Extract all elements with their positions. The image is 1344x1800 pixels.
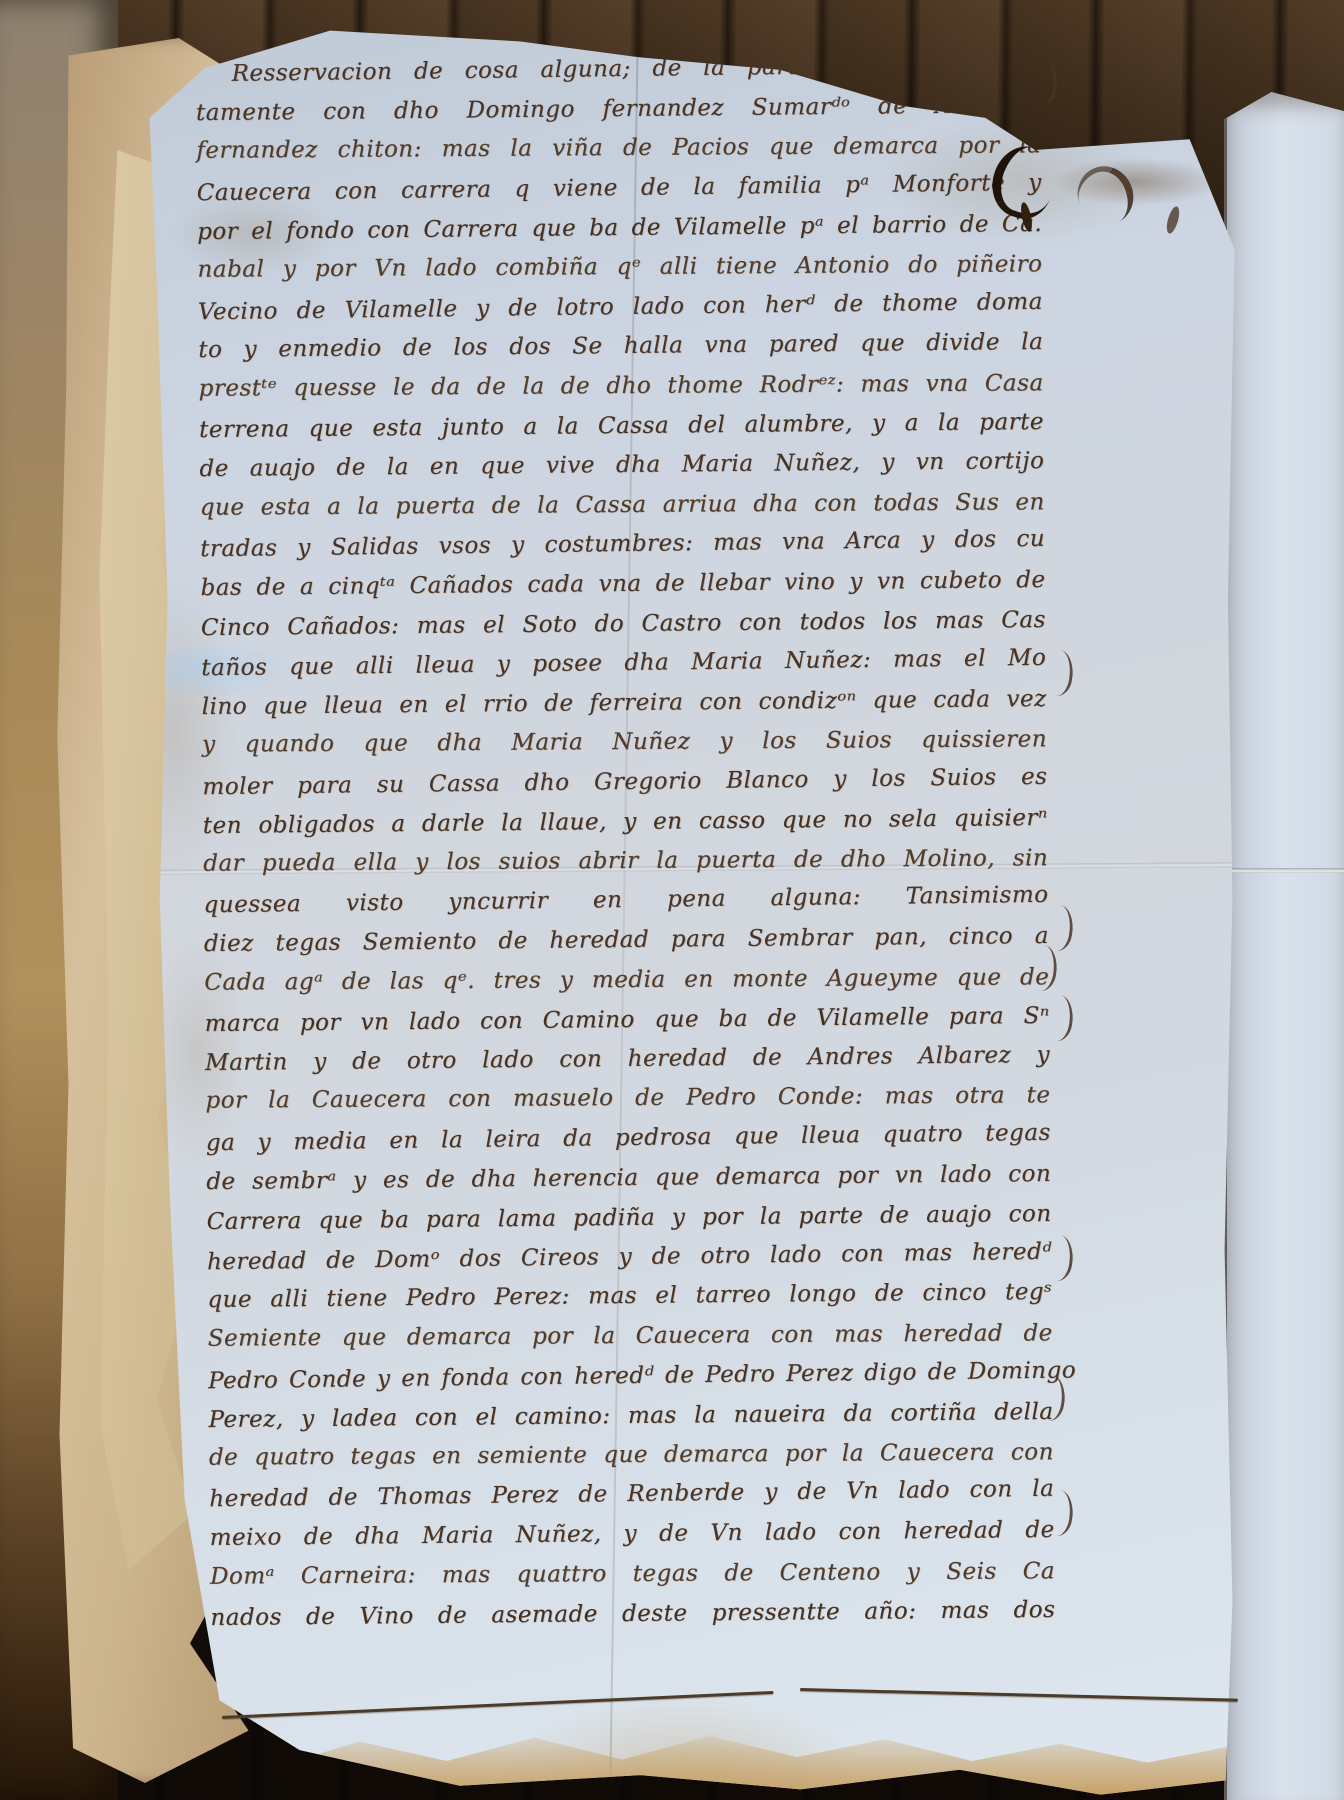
manuscript-line: marca por vn lado con Camino que ba de V… [205, 997, 1050, 1045]
adjacent-page [1224, 92, 1344, 1800]
manuscript-line: Resservacion de cosa alguna; de la parte… [195, 45, 1040, 95]
manuscript-line: terrena que esta junto a la Cassa del al… [199, 403, 1044, 451]
manuscript-line: Domᵃ Carneira: mas quattro tegas de Cent… [210, 1552, 1055, 1597]
bottom-stain [141, 1722, 1235, 1800]
text-block: Resservacion de cosa alguna; de la parte… [195, 46, 1055, 1638]
manuscript-line: prestᵗᵉ quesse le da de la de dho thome … [199, 364, 1044, 409]
ink-smudge [1052, 158, 1222, 206]
manuscript-page: Resservacion de cosa alguna; de la parte… [118, 20, 1246, 1800]
manuscript-line: nados de Vino de asemade deste pressentt… [210, 1591, 1055, 1639]
adjacent-page-crease [1227, 868, 1344, 873]
pen-flourish [1025, 58, 1061, 108]
manuscript-line: Cada agᵃ de las qᵉ. tres y media en mont… [204, 958, 1049, 1003]
photo-scene: Resservacion de cosa alguna; de la parte… [0, 0, 1344, 1800]
